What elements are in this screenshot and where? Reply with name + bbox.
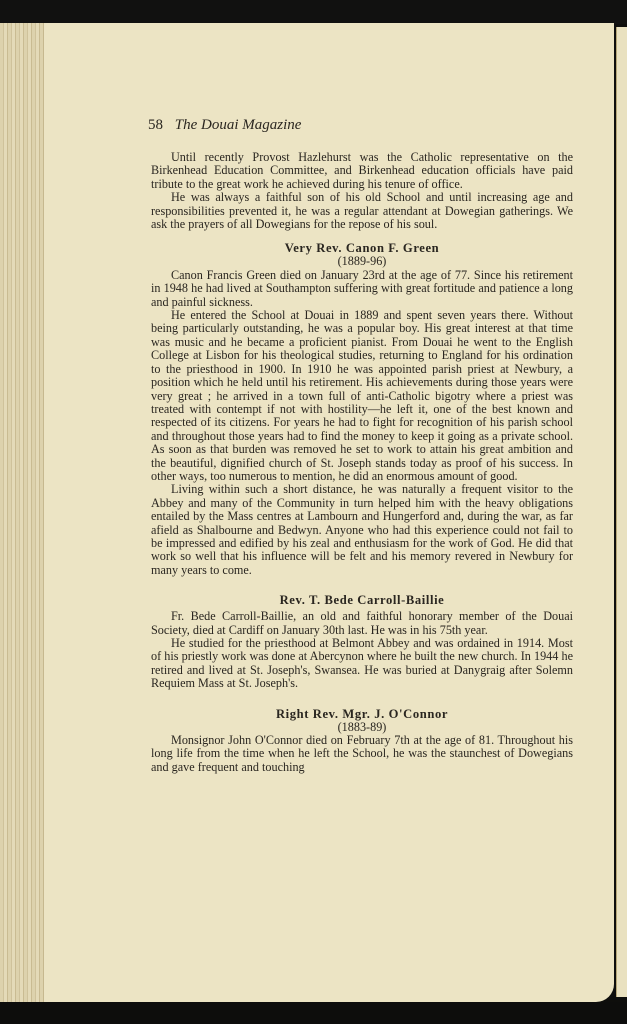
- page-content: 58 The Douai Magazine Until recently Pro…: [151, 116, 573, 774]
- obituary-heading: Very Rev. Canon F. Green: [151, 241, 573, 255]
- paragraph: He entered the School at Douai in 1889 a…: [151, 309, 573, 483]
- paragraph: Monsignor John O'Connor died on February…: [151, 734, 573, 774]
- obituary-carroll-baillie: Rev. T. Bede Carroll-Baillie Fr. Bede Ca…: [151, 593, 573, 690]
- obituary-dates: (1889-96): [151, 255, 573, 268]
- facing-page-edge: [616, 27, 627, 997]
- magazine-title: The Douai Magazine: [175, 117, 302, 133]
- obituary-heading: Right Rev. Mgr. J. O'Connor: [151, 707, 573, 721]
- paragraph: Living within such a short distance, he …: [151, 483, 573, 577]
- paragraph: He was always a faithful son of his old …: [151, 191, 573, 231]
- obituary-dates: (1883-89): [151, 721, 573, 734]
- running-head: 58 The Douai Magazine: [148, 116, 573, 134]
- paragraph: He studied for the priesthood at Belmont…: [151, 637, 573, 691]
- paragraph: Fr. Bede Carroll-Baillie, an old and fai…: [151, 610, 573, 637]
- paragraph: Canon Francis Green died on January 23rd…: [151, 269, 573, 309]
- book-cover-bottom: [0, 1002, 627, 1024]
- page-number: 58: [148, 117, 163, 133]
- obituary-oconnor: Right Rev. Mgr. J. O'Connor (1883-89) Mo…: [151, 707, 573, 775]
- book-cover-top: [0, 0, 627, 24]
- intro-section: Until recently Provost Hazlehurst was th…: [151, 151, 573, 231]
- obituary-heading: Rev. T. Bede Carroll-Baillie: [151, 593, 573, 607]
- paragraph: Until recently Provost Hazlehurst was th…: [151, 151, 573, 191]
- page-stack-edges: [0, 23, 44, 1002]
- obituary-green: Very Rev. Canon F. Green (1889-96) Canon…: [151, 241, 573, 577]
